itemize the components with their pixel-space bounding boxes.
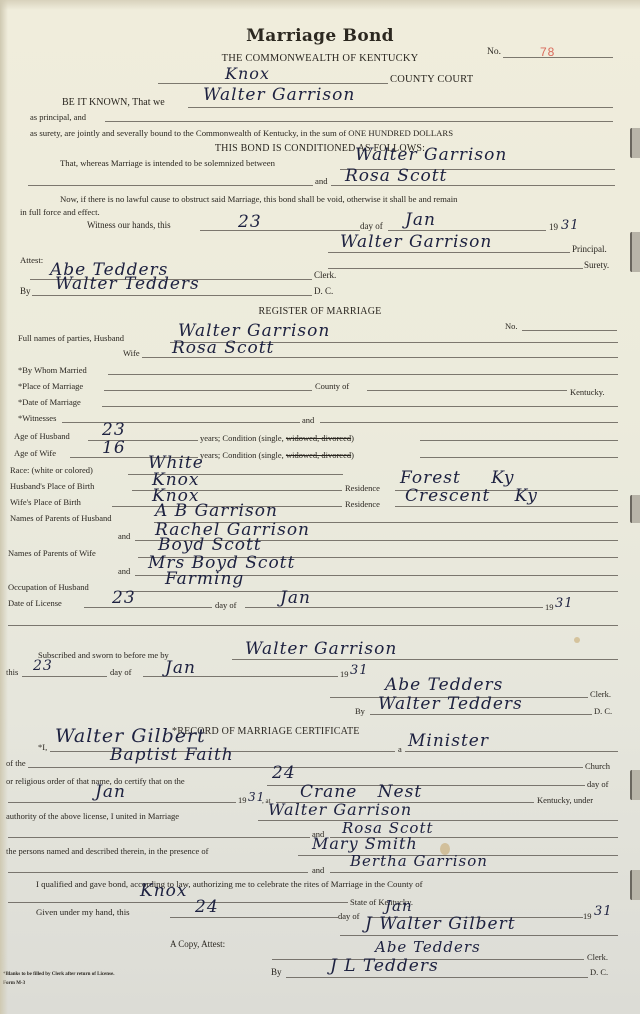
binder-tab [630, 770, 640, 800]
church-label: Church [585, 762, 610, 771]
cert-and-label-2: and [312, 866, 324, 875]
sworn-year: 31 [350, 664, 369, 677]
condition-wife: years; Condition (single, widowed, divor… [200, 451, 354, 460]
license-day-of: day of [215, 601, 236, 610]
kentucky-label: Kentucky. [570, 388, 605, 397]
condition-husband: years; Condition (single, widowed, divor… [200, 434, 354, 443]
wife-birth-label: Wife's Place of Birth [10, 498, 81, 507]
occupation-label: Occupation of Husband [8, 583, 89, 592]
sworn-label: Subscribed and sworn to before me by [38, 651, 169, 660]
attest-label: Attest: [20, 256, 43, 265]
cert-clerk-label: Clerk. [587, 953, 608, 962]
bond-number-label: No. [487, 48, 501, 58]
document-title: Marriage Bond [0, 26, 640, 46]
place-label: *Place of Marriage [18, 382, 83, 391]
bond-party1: Walter Garrison [355, 147, 507, 164]
of-the-label: of the [6, 759, 26, 768]
register-by-label: By [355, 707, 365, 716]
age-wife-label: Age of Wife [14, 449, 56, 458]
cert-dc-label: D. C. [590, 968, 608, 977]
register-dc-label: D. C. [594, 707, 612, 716]
race-label: Race: (white or colored) [10, 466, 93, 475]
given-day: 24 [195, 899, 219, 916]
age-wife: 16 [102, 440, 126, 457]
sworn-this-label: this [6, 668, 18, 677]
parents-wife-and: and [118, 567, 130, 576]
parents-husband-label: Names of Parents of Husband [10, 514, 112, 523]
principal-name: Walter Garrison [203, 87, 355, 104]
cert-dc-signature: J L Tedders [330, 958, 439, 975]
marriage-bond-document: Marriage Bond THE COMMONWEALTH OF KENTUC… [0, 0, 640, 1014]
license-year: 31 [555, 597, 574, 610]
license-day: 23 [112, 590, 136, 607]
sworn-month: Jan [165, 660, 196, 677]
county-value: Knox [225, 66, 270, 82]
cert-by-label: By [271, 968, 282, 977]
principal-label: Principal. [572, 245, 607, 254]
bond-dc-signature: Walter Tedders [55, 276, 200, 293]
sworn-by: Walter Garrison [245, 641, 397, 658]
sworn-day: 23 [33, 659, 53, 673]
void-clause-line1: Now, if there is no lawful cause to obst… [60, 195, 458, 204]
year-prefix: 19 [549, 223, 558, 232]
qualified-label: I qualified and gave bond, according to … [36, 880, 423, 889]
county-of-label: County of [315, 382, 349, 391]
by-whom-label: *By Whom Married [18, 366, 87, 375]
as-principal-label: as principal, and [30, 113, 86, 122]
witness-day: 23 [238, 214, 262, 231]
clerk-label: Clerk. [314, 271, 336, 280]
paper-stain [574, 637, 580, 643]
register-heading: REGISTER OF MARRIAGE [0, 307, 640, 317]
bond-condition-heading: THIS BOND IS CONDITIONED AS FOLLOWS: [0, 144, 640, 154]
given-day-of: day of [338, 912, 359, 921]
cert-clerk-signature: Abe Tedders [375, 940, 481, 955]
surety-label: Surety. [584, 261, 609, 270]
binder-tab [630, 870, 640, 900]
witnesses-label: *Witnesses [18, 414, 56, 423]
cert-a-label: a [398, 745, 402, 754]
kentucky-under-label: Kentucky, under [537, 796, 593, 805]
void-clause-line2: in full force and effect. [20, 208, 100, 217]
parents-wife-label: Names of Parents of Wife [8, 549, 96, 558]
age-husband-label: Age of Husband [14, 432, 70, 441]
wife-residence-label: Residence [345, 500, 380, 509]
principal-signature: Walter Garrison [340, 234, 492, 251]
given-year-prefix: 19 [583, 912, 592, 921]
parent-husband-1: A B Garrison [155, 503, 278, 520]
cert-month: Jan [95, 784, 126, 801]
footnote-form-number: Form M-3 [3, 981, 25, 986]
witness-month: Jan [405, 212, 436, 229]
be-it-known-label: BE IT KNOWN, That we [62, 98, 165, 108]
binder-tab [630, 495, 640, 523]
wife-residence: Crescent Ky [405, 488, 538, 505]
license-label: Date of License [8, 599, 62, 608]
whereas-label: That, whereas Marriage is intended to be… [60, 159, 275, 168]
church-name: Baptist Faith [110, 747, 234, 764]
date-of-marriage-label: *Date of Marriage [18, 398, 81, 407]
county-court-label: COUNTY COURT [390, 75, 473, 86]
wife-label: Wife [123, 349, 140, 358]
officiant-name: Walter Gilbert [55, 727, 206, 746]
cert-day-of: day of [587, 780, 608, 789]
given-label: Given under my hand, this [36, 908, 130, 917]
cert-place: Crane Nest [300, 784, 422, 801]
witness-year: 31 [561, 219, 580, 232]
bond-number-value: 78 [540, 46, 555, 58]
register-dc-signature: Walter Tedders [378, 696, 523, 713]
witness-1: Mary Smith [312, 836, 418, 852]
sworn-year-prefix: 19 [340, 670, 349, 679]
parents-husband-and: and [118, 532, 130, 541]
husband-birth-label: Husband's Place of Birth [10, 482, 94, 491]
cert-year-prefix: 19 [238, 796, 247, 805]
given-year: 31 [594, 905, 613, 918]
cert-i-label: *I, [38, 743, 47, 752]
husband-residence: Forest Ky [400, 470, 514, 487]
by-label: By [20, 287, 31, 296]
groom-name: Walter Garrison [268, 802, 412, 818]
register-clerk-signature: Abe Tedders [385, 677, 503, 694]
occupation: Farming [165, 571, 244, 588]
cert-day: 24 [272, 765, 296, 782]
full-names-label: Full names of parties, Husband [18, 334, 124, 343]
officiant-title: Minister [408, 733, 489, 750]
husband-residence-label: Residence [345, 484, 380, 493]
register-clerk-label: Clerk. [590, 690, 611, 699]
witness-2: Bertha Garrison [350, 854, 488, 869]
parent-wife-1: Boyd Scott [158, 537, 262, 554]
wife-name: Rosa Scott [172, 340, 274, 357]
register-number-label: No. [505, 322, 518, 331]
binder-tab [630, 232, 640, 272]
given-month: Jan [385, 899, 413, 914]
surety-clause: as surety, are jointly and severally bou… [30, 129, 453, 138]
authority-label: authority of the above license, I united… [6, 812, 179, 821]
witness-hands-label: Witness our hands, this [87, 221, 171, 230]
age-husband: 23 [102, 422, 126, 439]
bond-party2: Rosa Scott [345, 168, 447, 185]
day-of-label: day of [360, 222, 383, 231]
dc-label: D. C. [314, 287, 333, 296]
footnote-blanks: *Blanks to be filled by Clerk after retu… [3, 972, 114, 977]
sworn-day-of: day of [110, 668, 131, 677]
officiant-signature: J Walter Gilbert [365, 916, 516, 933]
qualified-county: Knox [140, 883, 187, 900]
presence-label: the persons named and described therein,… [6, 847, 209, 856]
and-label: and [315, 177, 328, 186]
license-year-prefix: 19 [545, 603, 554, 612]
license-month: Jan [280, 590, 311, 607]
copy-attest-label: A Copy, Attest: [170, 940, 225, 949]
witnesses-and-label: and [302, 416, 314, 425]
